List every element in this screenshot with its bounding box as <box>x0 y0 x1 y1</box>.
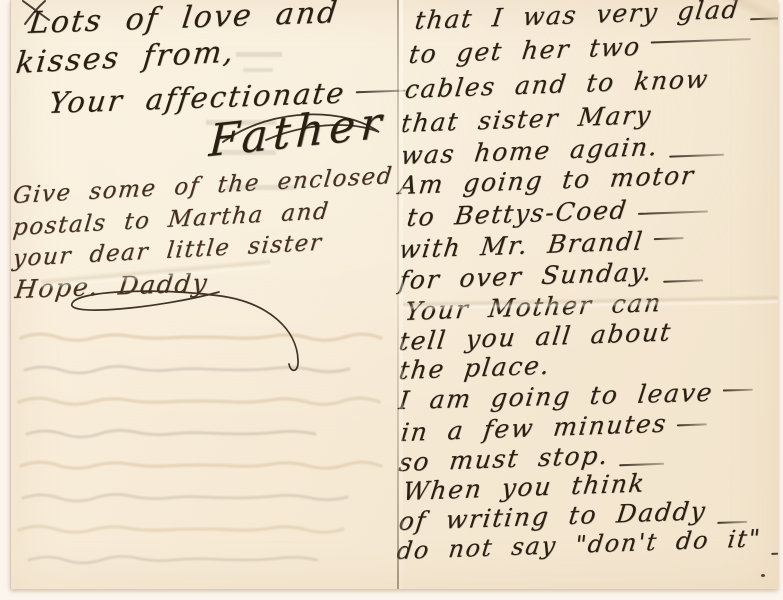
pen-stroke-trail <box>663 279 703 282</box>
right-page-line-4: that sister Mary <box>400 100 652 138</box>
pen-stroke-trail <box>651 38 751 43</box>
pen-stroke-trail <box>654 237 684 240</box>
right-page-line-3: cables and to know <box>404 64 709 104</box>
pen-stroke-trail <box>669 153 724 157</box>
scanned-letter: Lots of love andkisses from,Your affecti… <box>0 0 783 600</box>
letter-paper: Lots of love andkisses from,Your affecti… <box>10 0 778 589</box>
right-page-line-2-text: to get her two <box>407 32 643 69</box>
right-page-line-3-text: cables and to know <box>403 64 711 104</box>
pen-stroke-trail <box>638 210 708 214</box>
right-page-line-2: to get her two <box>408 28 751 69</box>
left-page-line-2-text: kisses from, <box>14 34 237 81</box>
left-page-line-5: Give some of the enclosed <box>12 163 393 209</box>
right-page-line-12-text: the place. <box>397 351 552 385</box>
left-page-line-1: Lots of love and <box>28 0 339 41</box>
pen-stroke-trail <box>772 551 778 554</box>
left-page-line-5-text: Give some of the enclosed <box>12 163 395 209</box>
left-page-line-8: Hope. Daddy <box>14 268 208 304</box>
left-page-line-2: kisses from, <box>15 35 236 81</box>
left-page-line-1-text: Lots of love and <box>27 0 341 41</box>
left-page-line-8-text: Hope. Daddy <box>13 268 210 304</box>
pen-stroke-trail <box>677 423 707 426</box>
pen-stroke-trail <box>723 388 753 391</box>
right-page-line-7-text: to Bettys-Coed <box>405 195 629 232</box>
pen-stroke-trail <box>717 520 747 523</box>
center-fold-line <box>397 0 399 589</box>
pen-stroke-trail <box>750 16 778 19</box>
right-page-line-4-text: that sister Mary <box>399 100 653 138</box>
ink-dot <box>761 574 765 577</box>
pen-stroke-trail <box>619 462 664 466</box>
right-page-line-12: the place. <box>398 351 550 385</box>
daddy-signature-flourish <box>72 291 298 370</box>
